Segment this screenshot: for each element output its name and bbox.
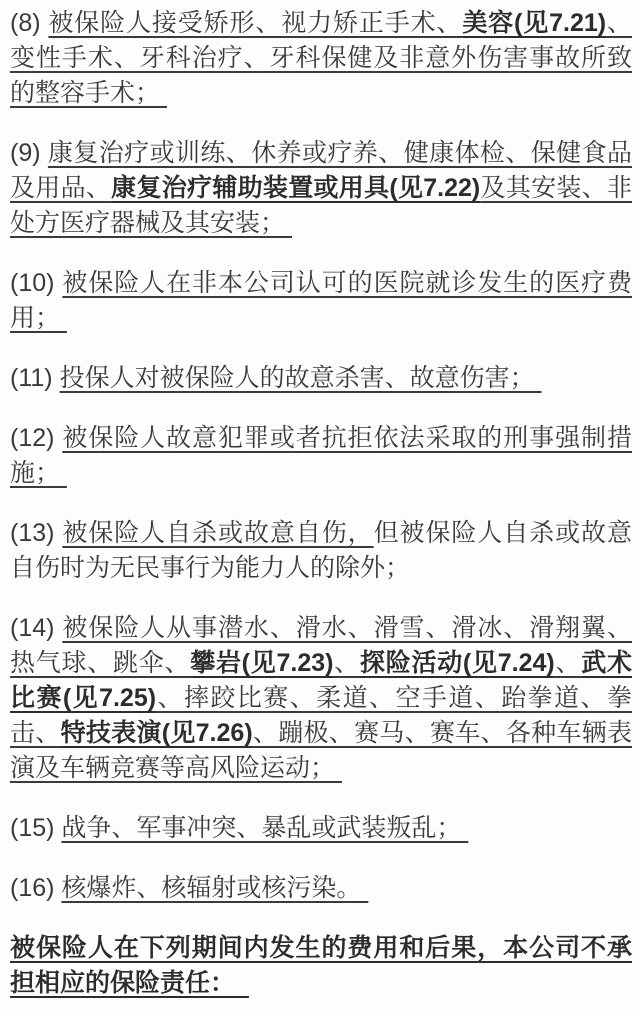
defined-term: 康复治疗辅助装置或用具(见7.22) xyxy=(111,174,480,202)
clause-number: (16) xyxy=(10,874,61,902)
clause-number: (14) xyxy=(10,614,62,642)
clause-15: (15) 战争、军事冲突、暴乱或武装叛乱； xyxy=(10,811,632,846)
defined-term: 特技表演(见7.26) xyxy=(61,719,253,747)
clause-number: (12) xyxy=(10,424,62,452)
clause-13: (13) 被保险人自杀或故意自伤，但被保险人自杀或故意自伤时为无民事行为能力人的… xyxy=(10,516,632,586)
clause-12: (12) 被保险人故意犯罪或者抗拒依法采取的刑事强制措施； xyxy=(10,421,632,491)
clause-text: 、 xyxy=(333,649,359,677)
clause-number: (11) xyxy=(10,364,60,392)
clause-text: 核爆炸、核辐射或核污染。 xyxy=(61,874,368,902)
policy-document-page: (8) 被保险人接受矫形、视力矫正手术、美容(见7.21)、变性手术、牙科治疗、… xyxy=(0,0,640,1016)
clause-number: (8) xyxy=(10,9,48,37)
closing-statement: 被保险人在下列期间内发生的费用和后果，本公司不承担相应的保险责任： xyxy=(10,931,632,1001)
clause-11: (11) 投保人对被保险人的故意杀害、故意伤害； xyxy=(10,361,632,396)
clause-text: 、 xyxy=(555,649,581,677)
clause-number: (9) xyxy=(10,139,48,167)
clause-10: (10) 被保险人在非本公司认可的医院就诊发生的医疗费用； xyxy=(10,266,632,336)
defined-term: 美容(见7.21) xyxy=(462,9,606,37)
clause-text: 被保险人故意犯罪或者抗拒依法采取的刑事强制措施； xyxy=(10,424,632,487)
clause-9: (9) 康复治疗或训练、休养或疗养、健康体检、保健食品及用品、康复治疗辅助装置或… xyxy=(10,136,632,241)
defined-term: 攀岩(见7.23) xyxy=(190,649,333,677)
clause-text: 被保险人接受矫形、视力矫正手术、 xyxy=(48,9,462,37)
clause-text: 被保险人在非本公司认可的医院就诊发生的医疗费用； xyxy=(10,269,632,332)
defined-term: 探险活动(见7.24) xyxy=(360,649,555,677)
closing-statement-text: 被保险人在下列期间内发生的费用和后果，本公司不承担相应的保险责任： xyxy=(10,934,632,997)
clause-text: 战争、军事冲突、暴乱或武装叛乱； xyxy=(61,814,468,842)
clause-number: (15) xyxy=(10,814,61,842)
clause-14: (14) 被保险人从事潜水、滑水、滑雪、滑冰、滑翔翼、热气球、跳伞、攀岩(见7.… xyxy=(10,611,632,786)
clause-text: 投保人对被保险人的故意杀害、故意伤害； xyxy=(60,364,542,392)
clause-16: (16) 核爆炸、核辐射或核污染。 xyxy=(10,871,632,906)
clause-8: (8) 被保险人接受矫形、视力矫正手术、美容(见7.21)、变性手术、牙科治疗、… xyxy=(10,6,632,111)
clause-text: 被保险人自杀或故意自伤， xyxy=(62,519,373,547)
clause-number: (13) xyxy=(10,519,62,547)
clause-number: (10) xyxy=(10,269,62,297)
